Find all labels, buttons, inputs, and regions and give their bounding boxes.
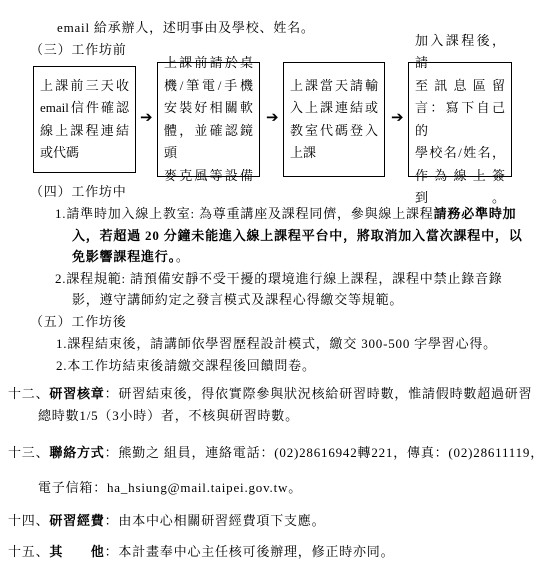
item15-line: 十五、其 他：本計畫奉中心主任核可後辦理，修正時亦同。 xyxy=(8,544,394,560)
right-arrow-icon: ➔ xyxy=(391,110,404,125)
flow-box-4-line: 學校名/姓名， xyxy=(415,142,505,165)
document-page: email 給承辦人，述明事由及學校、姓名。 （三）工作坊前 上課前三天收 em… xyxy=(0,0,538,564)
intro-text: email 給承辦人，述明事由及學校、姓名。 xyxy=(57,20,315,35)
flow-box-2-line: 安裝好相關軟 xyxy=(164,97,253,120)
section4-item2-line2: 影，遵守講師約定之發言模式及課程心得繳交等規範。 xyxy=(72,292,403,308)
flow-box-2-line: 體，並確認鏡頭 xyxy=(164,120,253,165)
flow-box-2: 上課前請於桌 機/筆電/手機 安裝好相關軟 體，並確認鏡頭 麥克風等設備 xyxy=(157,62,260,177)
section4-heading: （四）工作坊中 xyxy=(30,184,127,200)
flow-box-4-line: 至訊息區留 xyxy=(415,75,505,98)
item13-line2: 電子信箱：ha_hsiung@mail.taipei.gov.tw。 xyxy=(38,480,302,496)
flow-box-1-line: 線上課程連結 xyxy=(40,120,129,143)
flow-box-4-line: 加入課程後，請 xyxy=(415,30,505,75)
section4-item1-line1: 1.請準時加入線上教室: 為尊重講座及課程同儕，參與線上課程請務必準時加 xyxy=(55,206,516,222)
flow-box-1-line: 或代碼 xyxy=(40,142,129,165)
right-arrow-icon: ➔ xyxy=(266,110,279,125)
section4-item1-line3: 免影響課程進行。。 xyxy=(72,249,190,265)
section5-item2: 2.本工作坊結束後請繳交課程後回饋問卷。 xyxy=(56,358,316,374)
flow-box-2-line: 麥克風等設備 xyxy=(164,165,253,188)
flow-box-2-line: 機/筆電/手機 xyxy=(164,75,253,98)
flow-box-4: 加入課程後，請 至訊息區留 言：寫下自己的 學校名/姓名， 作為線上簽到。 xyxy=(408,62,512,177)
item12-line1: 十二、研習核章：研習結束後，得依實際參與狀況核給研習時數，惟請假時數超過研習 xyxy=(8,386,532,402)
section5-item1: 1.課程結束後，請講師依學習歷程設計模式，繳交 300-500 字學習心得。 xyxy=(56,336,497,352)
flow-box-1-line: email信件確認 xyxy=(40,97,129,120)
flow-box-3-line: 上課當天請輸 xyxy=(290,75,378,98)
section3-heading: （三）工作坊前 xyxy=(30,42,127,58)
section4-item2-line1: 2.課程規範: 請預備安靜不受干擾的環境進行線上課程，課程中禁止錄音錄 xyxy=(55,271,503,287)
email-address: 電子信箱：ha_hsiung@mail.taipei.gov.tw。 xyxy=(38,480,302,495)
item14-line: 十四、研習經費：由本中心相關研習經費項下支應。 xyxy=(8,513,325,529)
item13-line1: 十三、聯絡方式：熊勤之 組員，連絡電話：(02)28616942轉221，傳真：… xyxy=(8,445,538,461)
flow-box-3-line: 教室代碼登入 xyxy=(290,120,378,143)
flow-box-4-line: 作為線上簽到。 xyxy=(415,165,505,210)
item12-line2: 總時數1/5（3小時）者，不核與研習時數。 xyxy=(38,408,299,424)
intro-line: email 給承辦人，述明事由及學校、姓名。 xyxy=(57,20,315,36)
flow-box-1: 上課前三天收 email信件確認 線上課程連結 或代碼 xyxy=(33,66,136,173)
flow-box-2-line: 上課前請於桌 xyxy=(164,52,253,75)
section4-item1-line2: 入，若超過 20 分鐘未能進入線上課程平台中，將取消加入當次課程中，以 xyxy=(72,228,523,244)
section5-heading: （五）工作坊後 xyxy=(30,314,127,330)
flow-box-3-line: 上課 xyxy=(290,142,378,165)
flow-box-1-line: 上課前三天收 xyxy=(40,75,129,98)
flow-box-3-line: 入上課連結或 xyxy=(290,97,378,120)
right-arrow-icon: ➔ xyxy=(140,110,153,125)
flow-box-4-line: 言：寫下自己的 xyxy=(415,97,505,142)
flow-box-3: 上課當天請輸 入上課連結或 教室代碼登入 上課 xyxy=(283,62,385,177)
